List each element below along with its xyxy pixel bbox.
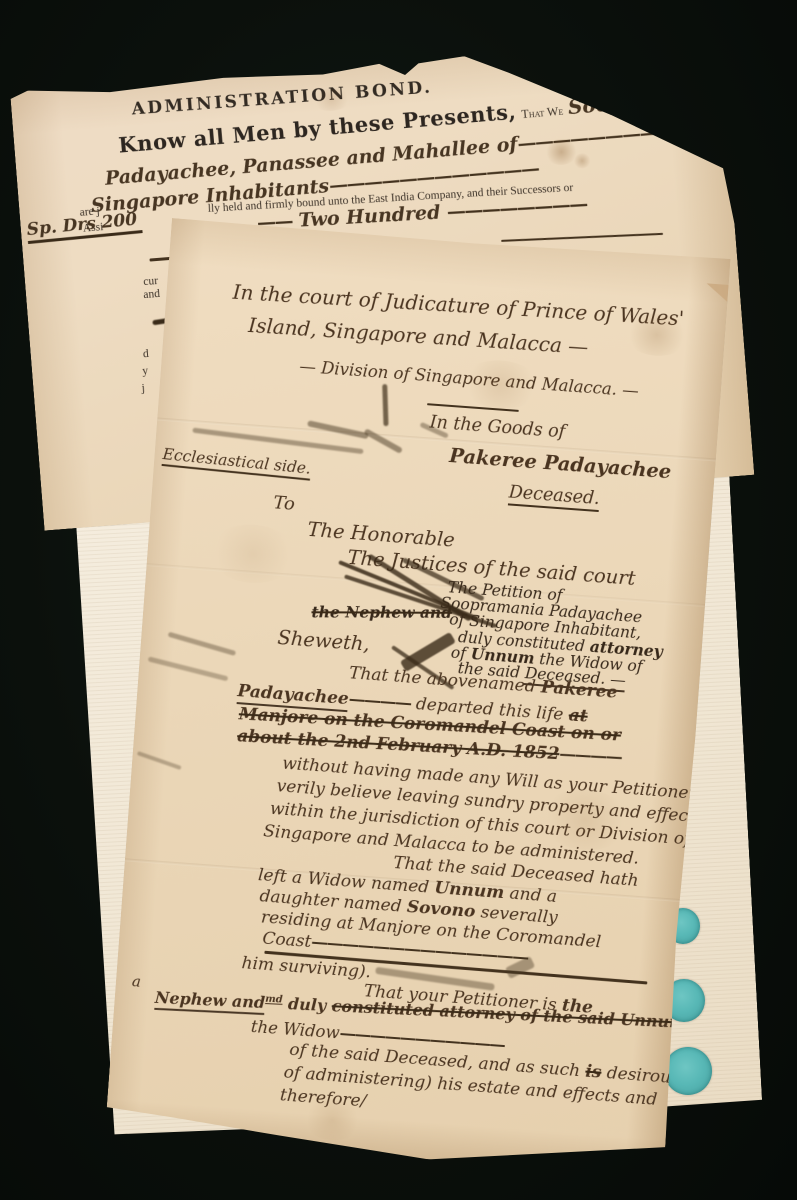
bond-margin-note: Sp. Drs 200 [26, 210, 142, 244]
petition-sheet: In the court of Judicature of Prince of … [105, 218, 731, 1177]
ghost-mark-2 [307, 420, 369, 439]
petition-margin-a: a [131, 973, 141, 990]
ghost-mark-8 [137, 751, 182, 770]
photograph-scene: ADMINISTRATION BOND. Know all Men by the… [0, 0, 797, 1200]
petition-deceased-word: Deceased. [508, 483, 600, 512]
ghost-mark-7 [148, 656, 229, 681]
bond-fragment-col-4: y [142, 365, 149, 378]
bond-fragment-col-3: d [143, 348, 150, 361]
ghost-mark-4 [363, 428, 403, 454]
petition-deceased-name: Pakeree Padayachee [449, 445, 672, 483]
petition-to-word: To [273, 493, 296, 514]
petition-honorable: The Honorable [307, 519, 456, 551]
bond-script-name-1: Soopramania [567, 83, 716, 120]
bond-fragment-col-2: and [143, 288, 161, 302]
wafer-seal-3 [664, 1047, 712, 1095]
petition-stain-5 [206, 522, 300, 586]
petition-side-note: Ecclesiastical side. [162, 446, 312, 481]
petition-folded-corner [705, 283, 728, 302]
petition-goods-heading: In the Goods of [429, 413, 566, 442]
bond-fragment-col-1: cur [143, 275, 159, 289]
bond-fragment-col-5: j [141, 382, 145, 395]
petition-sheweth: Sheweth, [277, 627, 371, 655]
petition-stain-2 [459, 358, 542, 412]
bond-rule-1: ————————— [517, 120, 676, 155]
bond-ink-rule-b [501, 233, 663, 242]
ghost-mark-6 [168, 632, 237, 656]
ghost-mark-1 [382, 384, 388, 426]
bond-opening-thatwe: That We [521, 104, 564, 122]
clause-scrawl-5 [400, 632, 456, 672]
bond-stain-2 [573, 153, 592, 169]
